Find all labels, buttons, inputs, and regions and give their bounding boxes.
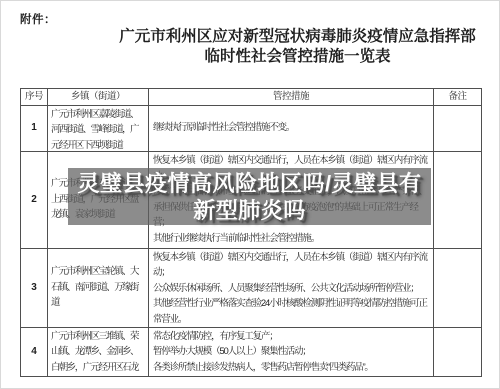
measure-paragraph: 各类诊所禁止接诊发热病人，零售药店暂停售卖“四类药品”。 — [153, 360, 429, 375]
measure-paragraph: 其他行业继续执行当前临时性社会管控措施。 — [153, 231, 429, 247]
control-measures-table: 序号 乡镇（街道） 管控措施 备注 1 广元市利州区嘉陵街道、河西街道、雪峰街道… — [20, 88, 482, 377]
row-number: 4 — [21, 327, 48, 376]
table-row: 4 广元市利州区三堆镇、荣山镇、龙潭乡、金洞乡、白朝乡，广元经开区石龙街道 常态… — [21, 327, 482, 376]
township-cell: 广元市利州区嘉陵街道、河西街道、雪峰街道，广元经开区下西坝街道 — [48, 105, 149, 151]
row-number: 1 — [21, 105, 48, 151]
note-cell — [434, 327, 482, 376]
document-title: 广元市利州区应对新型冠状病毒肺炎疫情应急指挥部 临时性社会管控措施一览表 — [95, 27, 500, 67]
township-cell: 广元市利州区宝轮镇、大石镇、南河街道、万缘街道 — [48, 248, 149, 327]
township-text: 广元市利州区三堆镇、荣山镇、龙潭乡、金洞乡、白朝乡，广元经开区石龙街道 — [51, 329, 145, 375]
measure-paragraph: 常态化疫情防控，有序复工复产； — [153, 329, 429, 345]
note-cell — [434, 248, 482, 327]
measure-paragraph: 暂停举办大规模（50人以上）聚集性活动； — [153, 344, 429, 360]
table-row: 3 广元市利州区宝轮镇、大石镇、南河街道、万缘街道 恢复本乡镇（街道）辖区内交通… — [21, 248, 482, 327]
watermark-caption-line-2: 新型肺炎吗 — [193, 197, 306, 224]
township-text: 广元市利州区宝轮镇、大石镇、南河街道、万缘街道 — [51, 264, 145, 311]
row-number: 2 — [21, 151, 48, 248]
measures-cell: 恢复本乡镇（街道）辖区内交通出行，人员在本乡镇（街道）辖区内有序流动； 公众娱乐… — [149, 248, 434, 327]
header-measures: 管控措施 — [149, 89, 434, 106]
measure-paragraph: 恢复本乡镇（街道）辖区内交通出行，人员在本乡镇（街道）辖区内有序流动； — [153, 250, 429, 281]
township-text: 广元市利州区嘉陵街道、河西街道、雪峰街道，广元经开区下西坝街道 — [51, 107, 145, 150]
header-seq: 序号 — [21, 89, 48, 106]
measure-paragraph: 继续执行原临时性社会管控措施不变。 — [153, 120, 429, 136]
township-cell: 广元市利州区三堆镇、荣山镇、龙潭乡、金洞乡、白朝乡，广元经开区石龙街道 — [48, 327, 149, 376]
document-title-line-1: 广元市利州区应对新型冠状病毒肺炎疫情应急指挥部 — [95, 27, 500, 47]
row-number: 3 — [21, 248, 48, 327]
note-cell — [434, 105, 482, 151]
table-header-row: 序号 乡镇（街道） 管控措施 备注 — [21, 89, 482, 106]
note-cell — [434, 151, 482, 248]
watermark-caption-band: 灵璧县疫情高风险地区吗/灵璧县有 新型肺炎吗 — [68, 168, 431, 225]
measure-paragraph: 公众娱乐休闲场所、人员聚集经营性场所、公共文化活动场所暂停营业； — [153, 281, 429, 297]
table-row: 1 广元市利州区嘉陵街道、河西街道、雪峰街道，广元经开区下西坝街道 继续执行原临… — [21, 105, 482, 151]
measures-cell: 继续执行原临时性社会管控措施不变。 — [149, 105, 434, 151]
watermark-caption-line-1: 灵璧县疫情高风险地区吗/灵璧县有 — [77, 170, 421, 197]
header-note: 备注 — [434, 89, 482, 106]
header-township: 乡镇（街道） — [48, 89, 149, 106]
document-title-line-2: 临时性社会管控措施一览表 — [95, 47, 500, 67]
measure-paragraph: 其他经营性行业严格落实查验24小时核酸检测阴性证明等疫情防控措施可正常营业。 — [153, 296, 429, 326]
attachment-label: 附件： — [20, 11, 56, 27]
measures-cell: 常态化疫情防控，有序复工复产； 暂停举办大规模（50人以上）聚集性活动； 各类诊… — [149, 327, 434, 376]
